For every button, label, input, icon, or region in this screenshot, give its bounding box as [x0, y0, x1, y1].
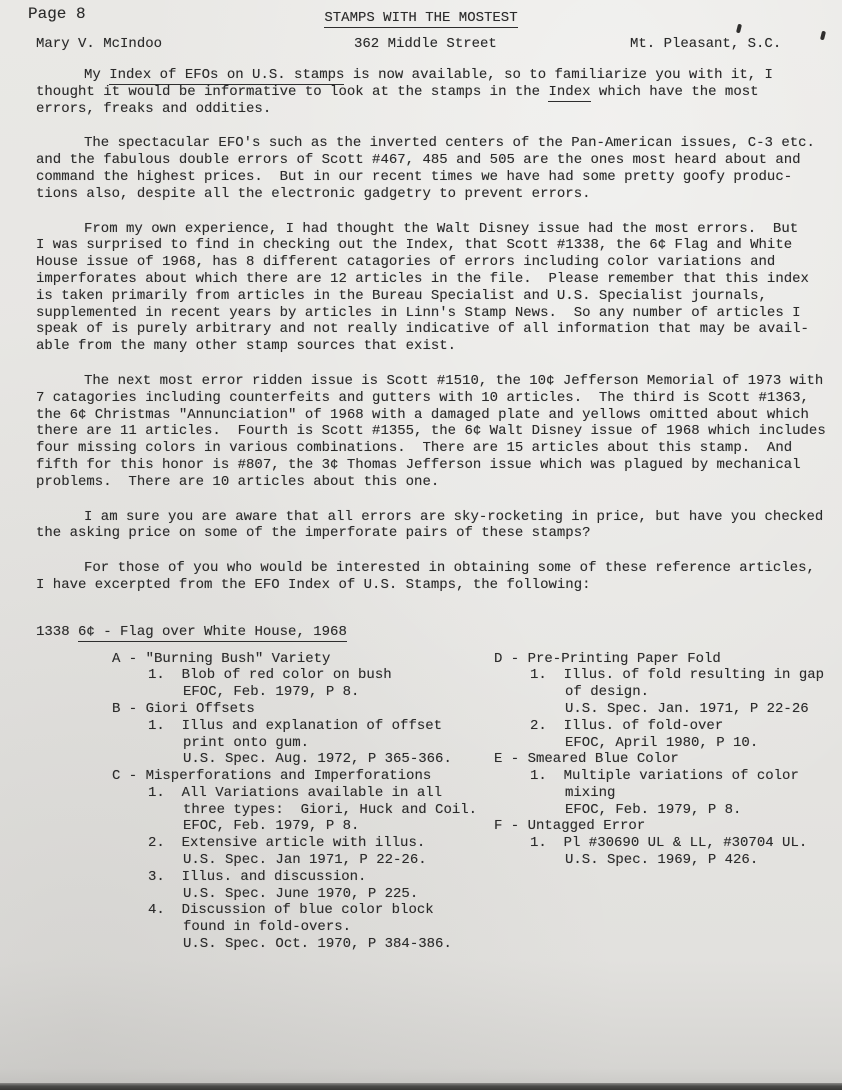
- index-entry-line: U.S. Spec. Jan 1971, P 22-26.: [112, 852, 427, 869]
- document-title: STAMPS WITH THE MOSTEST: [0, 10, 842, 26]
- text-line: errors, freaks and oddities.: [36, 101, 818, 118]
- index-entry-line: EFOC, April 1980, P 10.: [494, 735, 818, 752]
- index-entry-line: three types: Giori, Huck and Coil.: [112, 802, 427, 819]
- index-entry-line: U.S. Spec. 1969, P 426.: [494, 852, 818, 869]
- index-entry-line: 1. Blob of red color on bush: [112, 667, 427, 684]
- index-entry-line: 1. Pl #30690 UL & LL, #30704 UL.: [494, 835, 818, 852]
- index-entry-line: EFOC, Feb. 1979, P 8.: [494, 802, 818, 819]
- text-line: House issue of 1968, has 8 different cat…: [36, 254, 818, 271]
- index-entry-line: B - Giori Offsets: [112, 701, 427, 718]
- city-state: Mt. Pleasant, S.C.: [630, 36, 781, 52]
- paragraph: My Index of EFOs on U.S. stamps is now a…: [36, 67, 818, 117]
- document-title-text: STAMPS WITH THE MOSTEST: [324, 10, 517, 28]
- index-entry-line: 1. Illus and explanation of offset: [112, 718, 427, 735]
- index-entry-line: 1. All Variations available in all: [112, 785, 427, 802]
- text-line: able from the many other stamp sources t…: [36, 338, 818, 355]
- index-columns: A - "Burning Bush" Variety1. Blob of red…: [36, 651, 818, 953]
- paragraphs-container: My Index of EFOs on U.S. stamps is now a…: [36, 67, 818, 594]
- scan-artifact-mark: [820, 31, 826, 41]
- author-name: Mary V. McIndoo: [36, 36, 162, 52]
- scan-artifact-mark: [736, 24, 742, 34]
- text-line: I have excerpted from the EFO Index of U…: [36, 577, 818, 594]
- text-segment: is now available, so to familiarize you …: [344, 67, 772, 83]
- street-address: 362 Middle Street: [354, 36, 497, 52]
- index-entry-line: U.S. Spec. Oct. 1970, P 384-386.: [112, 936, 427, 953]
- document-body: My Index of EFOs on U.S. stamps is now a…: [36, 67, 818, 953]
- text-line: For those of you who would be interested…: [36, 560, 818, 577]
- text-line: speak of is purely arbitrary and not rea…: [36, 321, 818, 338]
- text-line: fifth for this honor is #807, the 3¢ Tho…: [36, 457, 818, 474]
- text-line: problems. There are 10 articles about th…: [36, 474, 818, 491]
- index-entry-line: D - Pre-Printing Paper Fold: [494, 651, 818, 668]
- text-line: four missing colors in various combinati…: [36, 440, 818, 457]
- text-line: thought it would be informative to look …: [36, 84, 818, 101]
- index-entry-line: U.S. Spec. Jan. 1971, P 22-26: [494, 701, 818, 718]
- text-line: tions also, despite all the electronic g…: [36, 186, 818, 203]
- text-line: From my own experience, I had thought th…: [36, 221, 818, 238]
- text-line: I was surprised to find in checking out …: [36, 237, 818, 254]
- index-entry-line: EFOC, Feb. 1979, P 8.: [112, 684, 427, 701]
- index-entry-line: 4. Discussion of blue color block: [112, 902, 427, 919]
- index-entry-line: 1. Multiple variations of color: [494, 768, 818, 785]
- index-right-column: D - Pre-Printing Paper Fold1. Illus. of …: [427, 651, 818, 953]
- index-entry-line: of design.: [494, 684, 818, 701]
- text-segment: My: [84, 67, 109, 83]
- section-heading-title: 6¢ - Flag over White House, 1968: [78, 624, 347, 642]
- index-entry-line: EFOC, Feb. 1979, P 8.: [112, 818, 427, 835]
- index-entry-line: A - "Burning Bush" Variety: [112, 651, 427, 668]
- text-segment: which have the most: [591, 84, 759, 100]
- paragraph: From my own experience, I had thought th…: [36, 221, 818, 355]
- index-entry-line: 2. Extensive article with illus.: [112, 835, 427, 852]
- underlined-text: Index: [548, 84, 590, 102]
- text-line: imperforates about which there are 12 ar…: [36, 271, 818, 288]
- paragraph: For those of you who would be interested…: [36, 560, 818, 594]
- document-page: Page 8 STAMPS WITH THE MOSTEST Mary V. M…: [0, 0, 842, 1090]
- index-entry-line: C - Misperforations and Imperforations: [112, 768, 427, 785]
- paragraph: The next most error ridden issue is Scot…: [36, 373, 818, 491]
- paragraph: I am sure you are aware that all errors …: [36, 509, 818, 543]
- text-line: supplemented in recent years by articles…: [36, 305, 818, 322]
- text-segment: thought it would be informative to look …: [36, 84, 548, 100]
- index-entry-line: 1. Illus. of fold resulting in gap: [494, 667, 818, 684]
- index-left-column: A - "Burning Bush" Variety1. Blob of red…: [36, 651, 427, 953]
- index-entry-line: print onto gum.: [112, 735, 427, 752]
- index-entry-line: mixing: [494, 785, 818, 802]
- index-entry-line: F - Untagged Error: [494, 818, 818, 835]
- text-line: The next most error ridden issue is Scot…: [36, 373, 818, 390]
- index-entry-line: U.S. Spec. June 1970, P 225.: [112, 886, 427, 903]
- text-line: is taken primarily from articles in the …: [36, 288, 818, 305]
- text-line: the asking price on some of the imperfor…: [36, 525, 818, 542]
- text-line: My Index of EFOs on U.S. stamps is now a…: [36, 67, 818, 84]
- index-entry-line: 3. Illus. and discussion.: [112, 869, 427, 886]
- underlined-text: Index of EFOs on U.S. stamps: [109, 67, 344, 85]
- text-line: command the highest prices. But in our r…: [36, 169, 818, 186]
- index-entry-line: U.S. Spec. Aug. 1972, P 365-366.: [112, 751, 427, 768]
- paragraph: The spectacular EFO's such as the invert…: [36, 135, 818, 202]
- index-entry-line: found in fold-overs.: [112, 919, 427, 936]
- section-heading: 1338 6¢ - Flag over White House, 1968: [36, 624, 818, 641]
- scan-edge-bar: [0, 1083, 842, 1090]
- section-heading-number: 1338: [36, 624, 78, 640]
- text-line: I am sure you are aware that all errors …: [36, 509, 818, 526]
- text-line: 7 catagories including counterfeits and …: [36, 390, 818, 407]
- text-line: the 6¢ Christmas "Annunciation" of 1968 …: [36, 407, 818, 424]
- index-entry-line: E - Smeared Blue Color: [494, 751, 818, 768]
- text-line: and the fabulous double errors of Scott …: [36, 152, 818, 169]
- index-entry-line: 2. Illus. of fold-over: [494, 718, 818, 735]
- text-line: there are 11 articles. Fourth is Scott #…: [36, 423, 818, 440]
- text-line: The spectacular EFO's such as the invert…: [36, 135, 818, 152]
